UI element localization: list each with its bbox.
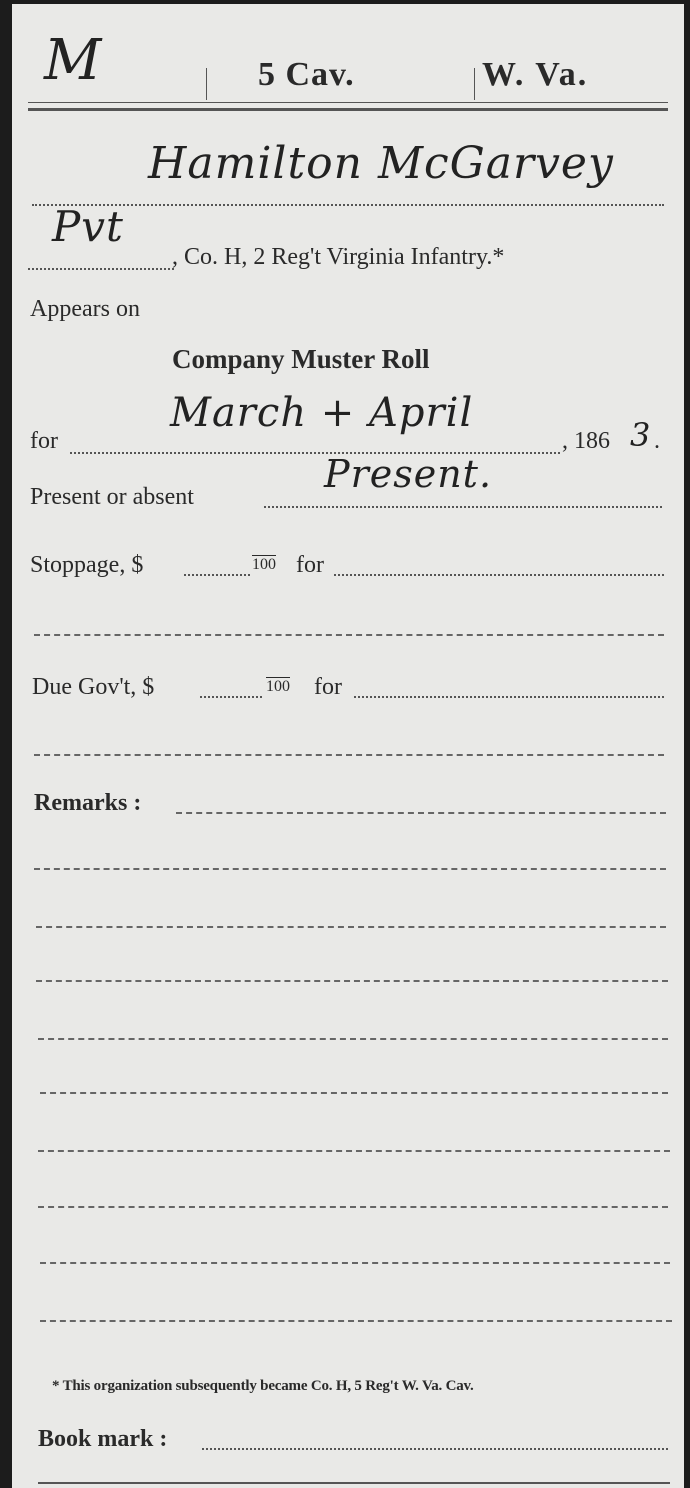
header-initial: M: [44, 26, 102, 96]
header-rule-top: [28, 102, 668, 103]
present-label: Present or absent: [30, 484, 194, 511]
due-label: Due Gov't, $: [32, 674, 154, 701]
muster-card: M 5 Cav. W. Va. Hamilton McGarvey Pvt , …: [12, 4, 684, 1488]
due-amount-line: [200, 696, 262, 698]
remarks-line-8: [38, 1206, 668, 1208]
remarks-line-10: [40, 1320, 672, 1322]
present-value: Present.: [324, 452, 492, 496]
appears-on-label: Appears on: [30, 296, 140, 323]
name-line: [32, 204, 664, 206]
due-cents: 100: [266, 678, 290, 696]
due-for-line: [354, 696, 664, 698]
due-line-2: [34, 754, 664, 756]
year-prefix: , 186: [562, 428, 610, 455]
remarks-line-3: [36, 926, 666, 928]
soldier-name: Hamilton McGarvey: [148, 138, 614, 189]
stoppage-line-2: [34, 634, 664, 636]
roll-type: Company Muster Roll: [172, 344, 430, 375]
for-label: for: [30, 428, 58, 455]
stoppage-amount-line: [184, 574, 250, 576]
header-divider-1: [206, 68, 207, 100]
present-line: [264, 506, 662, 508]
remarks-line-9: [40, 1262, 670, 1264]
stoppage-cents: 100: [252, 556, 276, 574]
header-unit: 5 Cav.: [258, 56, 355, 94]
remarks-label: Remarks :: [34, 790, 141, 817]
remarks-line-2: [34, 868, 666, 870]
year-end: .: [654, 428, 660, 455]
remarks-line-5: [38, 1038, 668, 1040]
header-state: W. Va.: [482, 56, 588, 94]
remarks-line-7: [38, 1150, 670, 1152]
stoppage-for-line: [334, 574, 664, 576]
year-suffix: 3: [630, 416, 651, 454]
remarks-line-4: [36, 980, 668, 982]
header-rule-bottom: [28, 108, 668, 111]
due-for: for: [314, 674, 342, 701]
period-value: March + April: [170, 390, 473, 436]
remarks-line-6: [40, 1092, 668, 1094]
footnote: * This organization subsequently became …: [52, 1378, 474, 1395]
stoppage-for: for: [296, 552, 324, 579]
rank-line: [28, 268, 174, 270]
bookmark-line: [202, 1448, 668, 1450]
footer-rule: [38, 1482, 670, 1484]
stoppage-label: Stoppage, $: [30, 552, 143, 579]
bookmark-label: Book mark :: [38, 1426, 167, 1453]
company-line: , Co. H, 2 Reg't Virginia Infantry.*: [172, 244, 504, 271]
header-divider-2: [474, 68, 475, 100]
rank: Pvt: [52, 202, 124, 251]
remarks-line-1: [176, 812, 666, 814]
